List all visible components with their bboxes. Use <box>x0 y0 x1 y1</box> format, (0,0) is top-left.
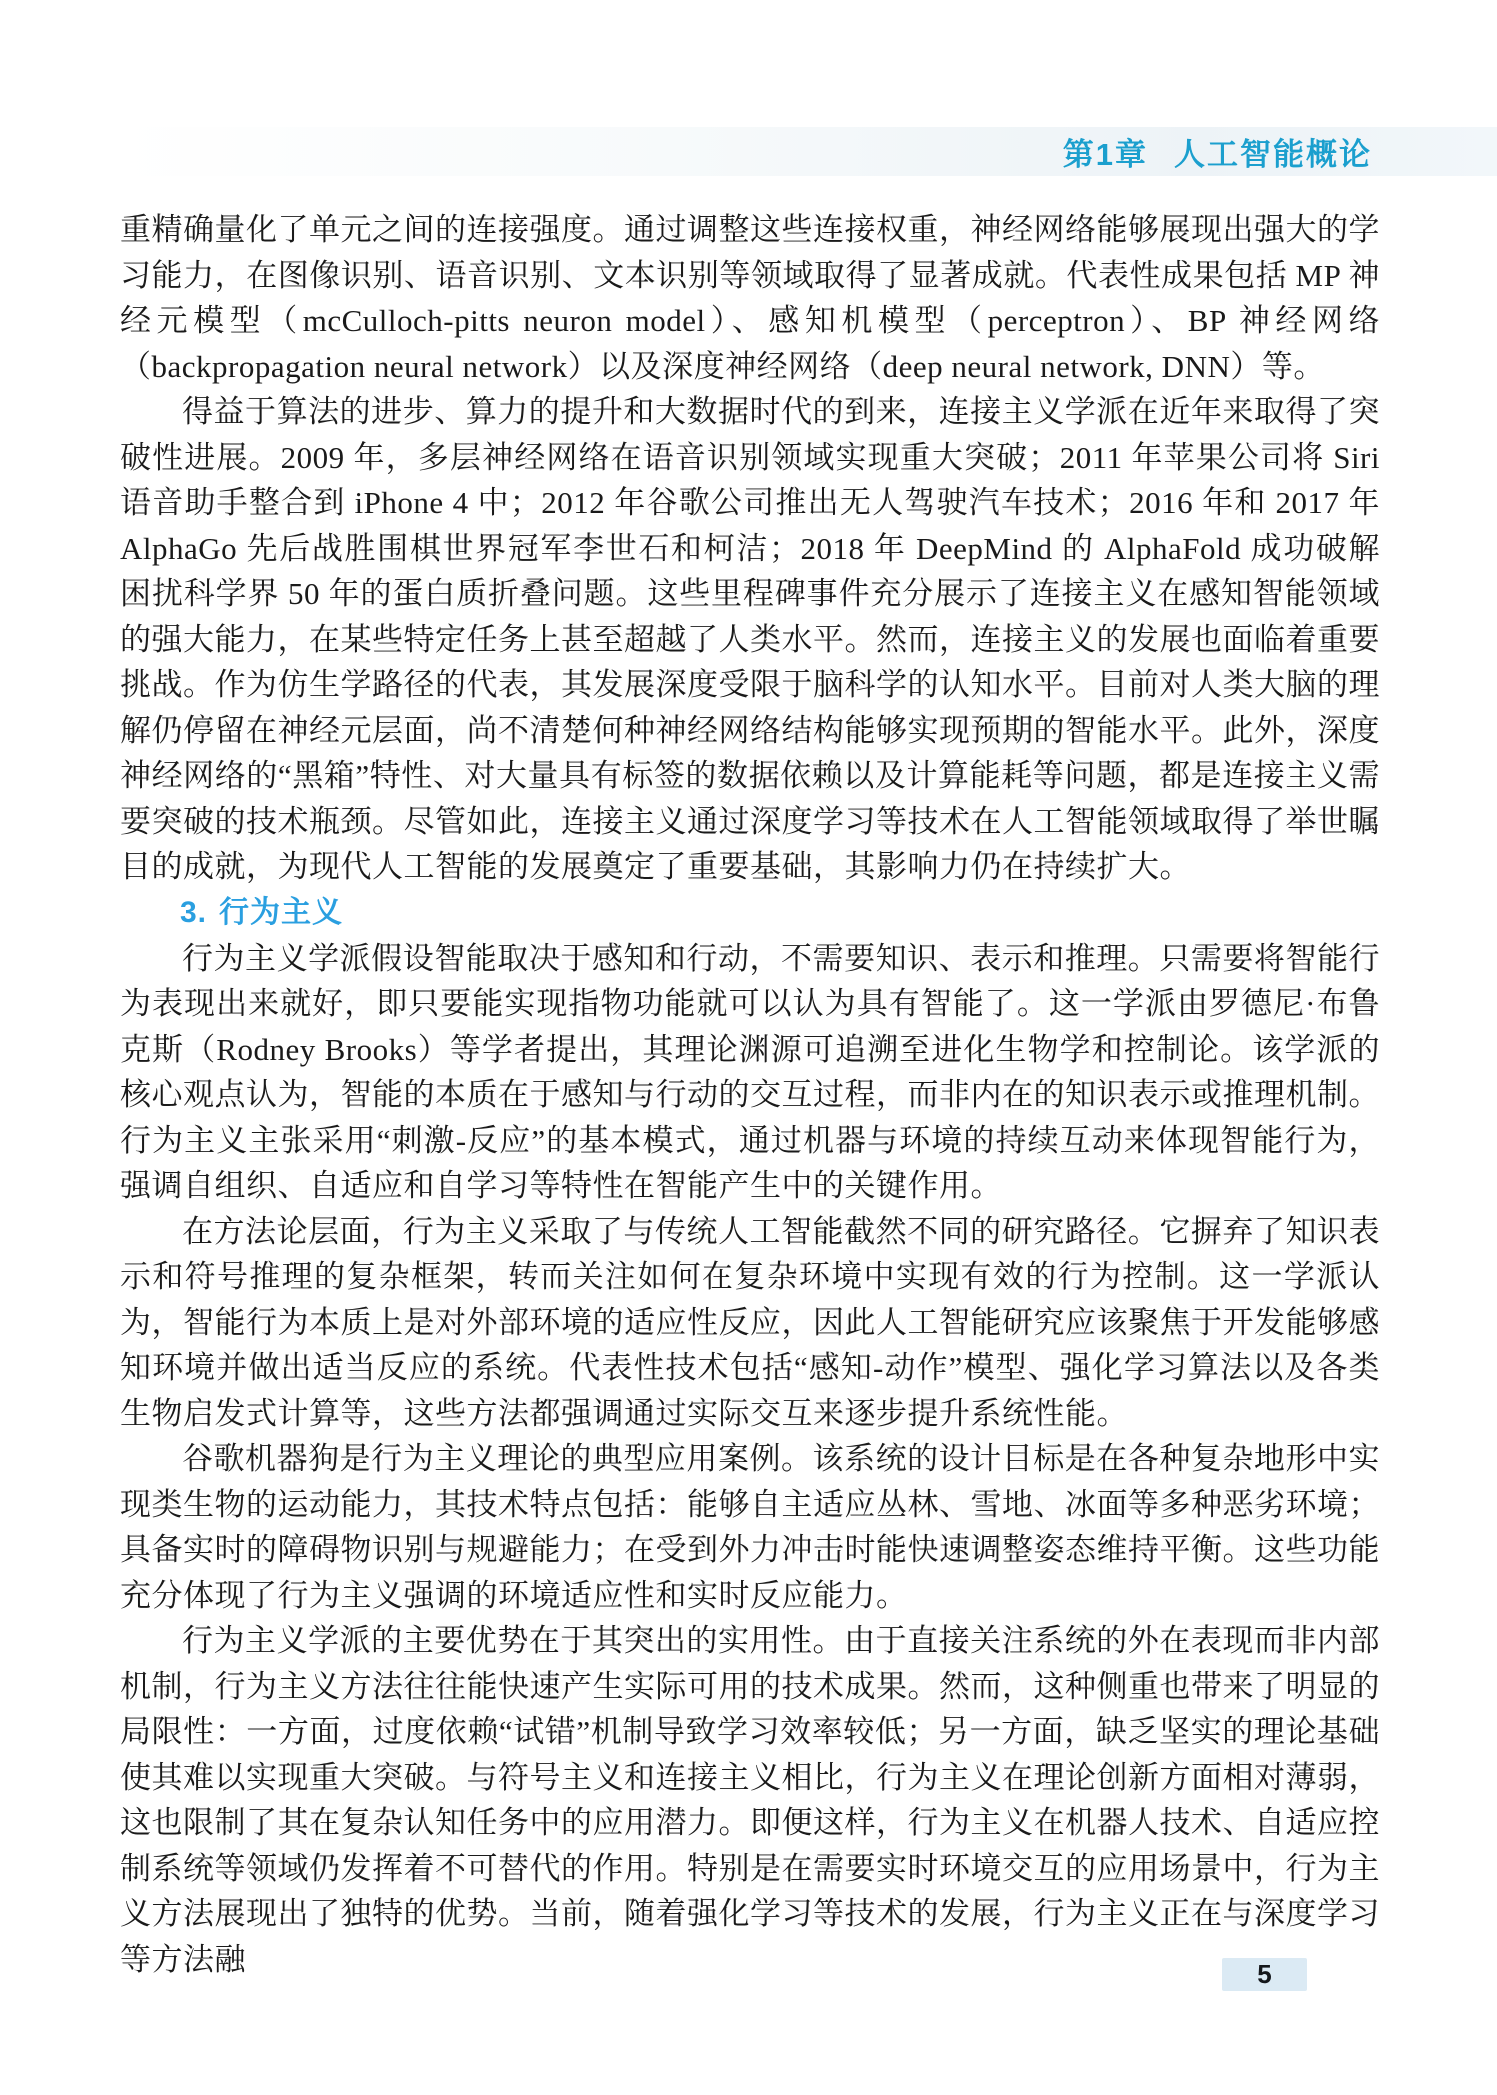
section-heading-number: 3. <box>180 896 207 929</box>
page-body-text: 重精确量化了单元之间的连接强度。通过调整这些连接权重，神经网络能够展现出强大的学… <box>120 207 1380 1982</box>
paragraph-behaviorism-methodology: 在方法论层面，行为主义采取了与传统人工智能截然不同的研究路径。它摒弃了知识表示和… <box>120 1209 1380 1437</box>
page-number: 5 <box>1257 1959 1271 1990</box>
page-header-band: 第1章 人工智能概论 <box>118 127 1497 176</box>
paragraph-connectionism-milestones: 得益于算法的进步、算力的提升和大数据时代的到来，连接主义学派在近年来取得了突破性… <box>120 389 1380 890</box>
book-page: 第1章 人工智能概论 重精确量化了单元之间的连接强度。通过调整这些连接权重，神经… <box>0 0 1497 2095</box>
chapter-title: 人工智能概论 <box>1174 129 1372 174</box>
page-number-badge: 5 <box>1222 1958 1307 1991</box>
section-heading-behaviorism: 3.行为主义 <box>120 890 1380 936</box>
section-heading-title: 行为主义 <box>219 896 343 929</box>
paragraph-behaviorism-robot-dog-case: 谷歌机器狗是行为主义理论的典型应用案例。该系统的设计目标是在各种复杂地形中实现类… <box>120 1436 1380 1618</box>
paragraph-behaviorism-pros-cons: 行为主义学派的主要优势在于其突出的实用性。由于直接关注系统的外在表现而非内部机制… <box>120 1618 1380 1982</box>
paragraph-behaviorism-intro: 行为主义学派假设智能取决于感知和行动，不需要知识、表示和推理。只需要将智能行为表… <box>120 936 1380 1209</box>
paragraph-connectionism-achievements: 重精确量化了单元之间的连接强度。通过调整这些连接权重，神经网络能够展现出强大的学… <box>120 207 1380 389</box>
chapter-label: 第1章 <box>1063 129 1148 174</box>
